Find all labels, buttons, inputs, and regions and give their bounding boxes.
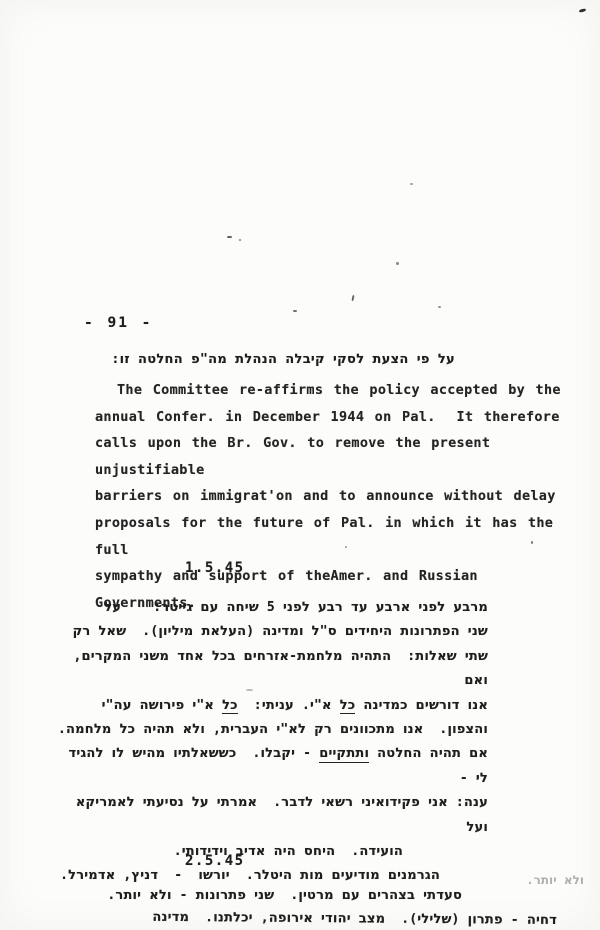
text-segment: שתי שאלות: התהיה מלחמת-אזרחים בכל אחד מש… <box>74 649 488 688</box>
text-line: ענה: אני פקידואיני רשאי לדבר. אמרתי על נ… <box>50 791 488 840</box>
scan-speck <box>246 689 253 691</box>
scan-speck <box>227 236 232 238</box>
page-number: - 91 - <box>84 315 152 331</box>
scan-speck <box>531 541 533 544</box>
entry-date-2: 2.5.45 <box>185 853 245 869</box>
scan-speck <box>410 183 413 185</box>
text-line: דחיה - פתרון (שלילי). מצב יהודי אירופה, … <box>50 905 557 930</box>
text-segment: מרבע לפני ארבע עד רבע לפני 5 שיחה עם גיי… <box>104 600 488 615</box>
text-segment: סעדתי בצהרים עם מרטין. שני פתרונות - ולא… <box>107 888 462 903</box>
text-line: מרבע לפני ארבע עד רבע לפני 5 שיחה עם גיי… <box>50 596 488 620</box>
underlined-text: כל <box>340 698 356 715</box>
hebrew-entry-2: סעדתי בצהרים עם מרטין. שני פתרונות - ולא… <box>50 884 557 930</box>
text-segment: דחיה - פתרון (שלילי). מצב יהודי אירופה, … <box>152 909 557 927</box>
text-line: annual Confer. in December 1944 on Pal. … <box>95 404 582 431</box>
text-segment: אנו דורשים כמדינה <box>355 698 488 713</box>
scan-speck <box>345 546 347 548</box>
scan-speck <box>396 262 399 265</box>
english-paragraph: The Committee re-affirms the policy acce… <box>95 377 582 616</box>
hebrew-entry-1: מרבע לפני ארבע עד רבע לפני 5 שיחה עם גיי… <box>50 596 488 889</box>
text-line: אם תהיה החלטה ותתקיים - יקבלו. כששאלתיו … <box>50 742 488 791</box>
underlined-text: כל <box>222 698 238 715</box>
text-line: אנו דורשים כמדינה כל א"י. עניתי: כל א"י … <box>50 694 488 718</box>
scan-speck <box>293 310 297 312</box>
text-segment: ענה: אני פקידואיני רשאי לדבר. אמרתי על נ… <box>76 795 488 834</box>
hebrew-heading: על פי הצעת לסקי קיבלה הנהלת מה"פ החלטה ז… <box>112 352 456 367</box>
entry-date-1: 1.5.45 <box>185 560 245 576</box>
scanned-document-page: - 91 - על פי הצעת לסקי קיבלה הנהלת מה"פ … <box>0 0 600 930</box>
text-line: והצפון. אנו מתכוונים רק לא"י העברית, ולא… <box>50 718 488 742</box>
text-segment: א"י. עניתי: <box>238 698 340 713</box>
text-segment: שני הפתרונות היחידים ס"ל ומדינה (העלאת מ… <box>73 624 488 639</box>
text-segment: הגרמנים מודיעים מות היטלר. יורשו - דניץ,… <box>60 868 440 883</box>
scan-speck <box>579 8 587 13</box>
text-line: שתי שאלות: התהיה מלחמת-אזרחים בכל אחד מש… <box>50 645 488 694</box>
text-segment: והצפון. אנו מתכוונים רק לא"י העברית, ולא… <box>58 722 488 737</box>
scan-speck <box>239 239 241 241</box>
text-line: calls upon the Br. Gov. to remove the pr… <box>95 430 582 483</box>
scan-speck <box>438 306 441 308</box>
text-line: שני הפתרונות היחידים ס"ל ומדינה (העלאת מ… <box>50 620 488 644</box>
text-line: barriers on immigrat'on and to announce … <box>95 483 582 510</box>
scan-speck <box>351 295 354 301</box>
text-segment: אם תהיה החלטה <box>369 746 488 761</box>
text-segment: א"י פירושה עה"י <box>102 698 223 713</box>
text-line: The Committee re-affirms the policy acce… <box>95 377 582 404</box>
underlined-text: ותתקיים <box>319 746 369 763</box>
text-line: proposals for the future of Pal. in whic… <box>95 510 582 563</box>
